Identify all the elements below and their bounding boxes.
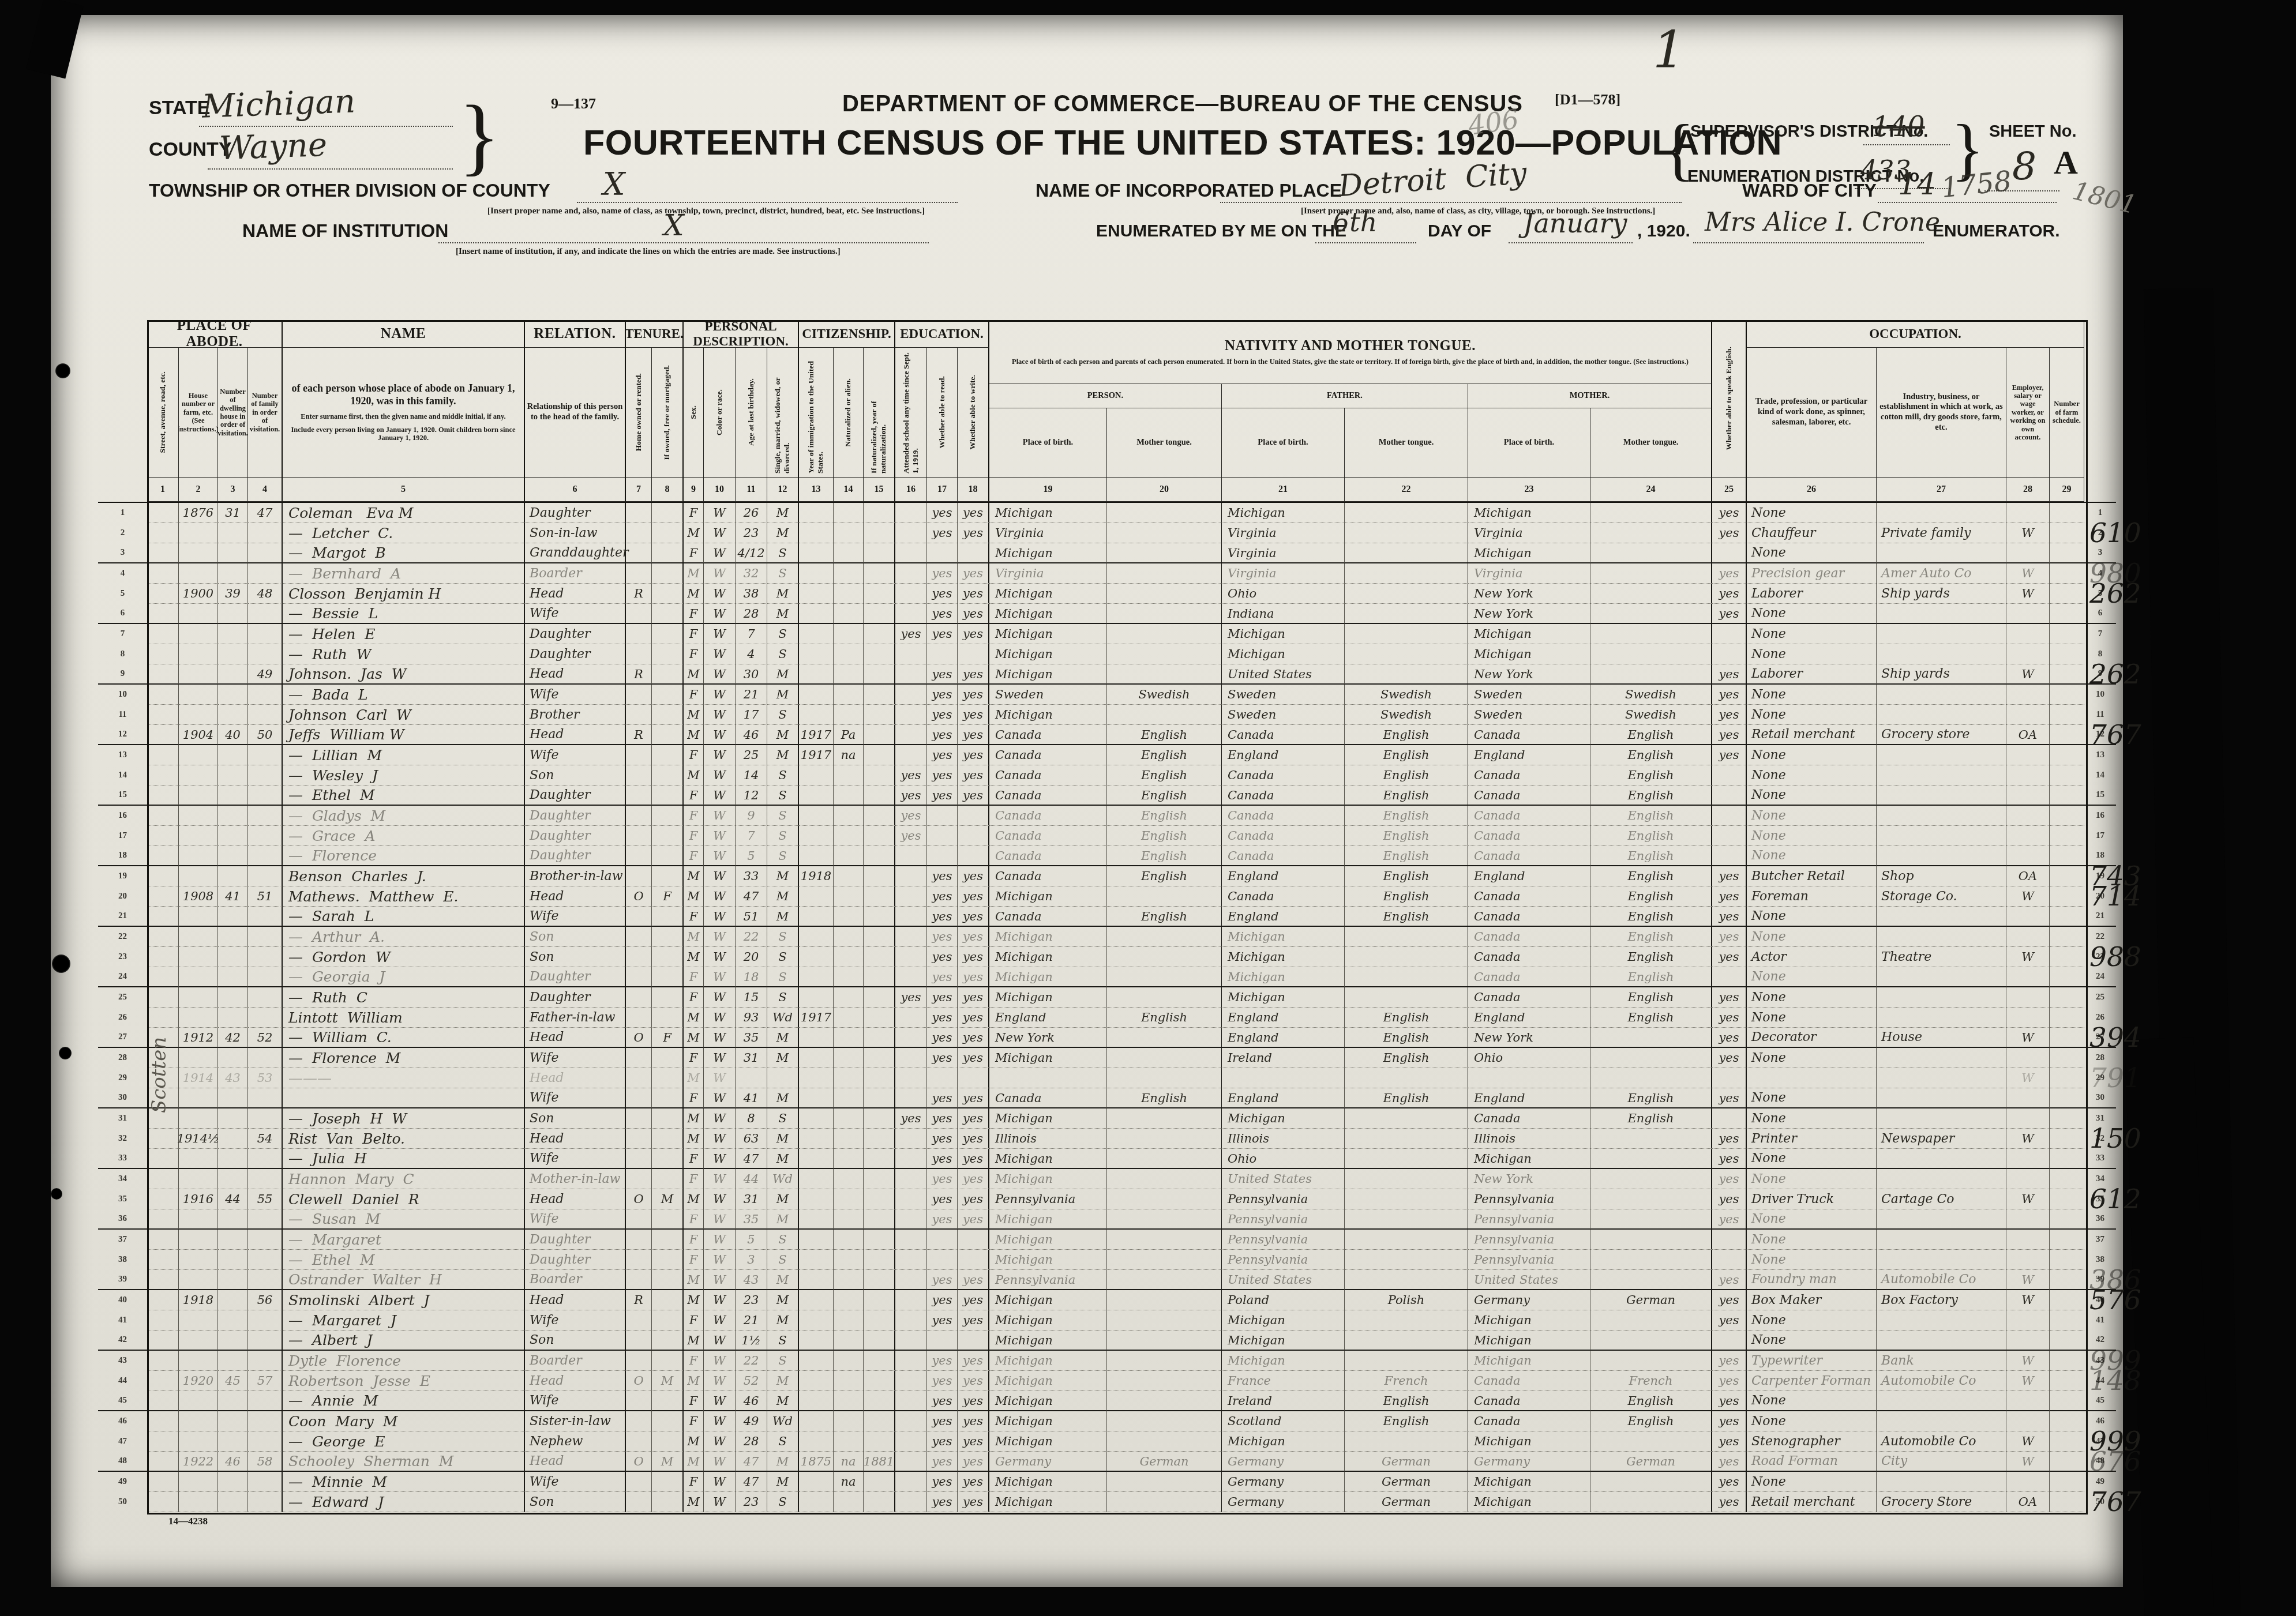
cell-house (179, 664, 218, 685)
cell-own (626, 1492, 652, 1512)
cell-nat (834, 806, 864, 826)
cell-mar: M (767, 907, 799, 927)
cell-name: — Bessie L (283, 604, 525, 624)
cell-name: — Margaret (283, 1230, 525, 1250)
cell-mmt: English (1590, 1411, 1712, 1431)
cell-read: yes (927, 786, 958, 806)
cell-sex: M (684, 664, 704, 685)
cell-mmt: English (1590, 967, 1712, 987)
cell-age: 47 (736, 1452, 767, 1472)
cell-sex: M (684, 1371, 704, 1391)
cell-ln: 12 (98, 725, 147, 745)
col28-header: Employer, salary or wage worker, or work… (2006, 348, 2050, 478)
table-row: 8— Ruth WDaughterFW4SMichiganMichiganMic… (98, 644, 2116, 664)
cell-st (147, 1351, 179, 1371)
cell-fmt (1345, 563, 1468, 584)
cell-mpb: Michigan (1468, 624, 1590, 644)
table-row: 2019084151Mathews. Matthew E.HeadOFMW47M… (98, 886, 2116, 907)
cell-ind (1877, 987, 2006, 1008)
cell-rel: Head (525, 1028, 626, 1048)
cell-age: 5 (736, 846, 767, 866)
cell-mt (1107, 1250, 1222, 1270)
cell-rn: 14 (2084, 765, 2116, 786)
cell-read: yes (927, 1310, 958, 1331)
cell-write: yes (958, 705, 989, 725)
cell-imm (799, 1108, 834, 1129)
cell-fam (248, 826, 283, 846)
supervisors-district-value: 140 (1872, 111, 1925, 143)
cell-mt (1107, 624, 1222, 644)
col15-header: If naturalized, year of naturalization. (864, 348, 895, 478)
cell-own: O (626, 1371, 652, 1391)
cell-eng (1712, 1230, 1747, 1250)
cell-mort: M (652, 1371, 684, 1391)
cell-mmt (1590, 503, 1712, 523)
cell-dw (218, 1008, 248, 1028)
cell-mar: S (767, 1230, 799, 1250)
cell-mt (1107, 1290, 1222, 1310)
cell-house (179, 523, 218, 543)
cell-fpb: Ohio (1222, 1149, 1345, 1169)
cell-mar: S (767, 826, 799, 846)
cell-imm: 1875 (799, 1452, 834, 1472)
cell-write: yes (958, 1452, 989, 1472)
cell-eng: yes (1712, 947, 1747, 967)
cell-pb: Michigan (989, 543, 1107, 563)
table-row: 49— Minnie MWifeFW47MnayesyesMichiganGer… (98, 1472, 2116, 1492)
cell-sch (895, 1411, 927, 1431)
cell-house (179, 786, 218, 806)
cell-dw (218, 786, 248, 806)
cell-mpb: Canada (1468, 886, 1590, 907)
cell-own (626, 987, 652, 1008)
cell-natyr (864, 1431, 895, 1452)
cell-mort (652, 1492, 684, 1512)
cell-rel: Head (525, 1189, 626, 1209)
cell-sex: F (684, 1472, 704, 1492)
cell-nat (834, 705, 864, 725)
cell-farm (2050, 886, 2084, 907)
cell-name: — Susan M (283, 1209, 525, 1230)
cell-fam (248, 1431, 283, 1452)
cell-st (147, 786, 179, 806)
cell-own (626, 967, 652, 987)
cell-natyr (864, 1088, 895, 1108)
col18-header: Whether able to write. (958, 348, 989, 478)
cell-fpb: Canada (1222, 806, 1345, 826)
cell-sex: M (684, 1452, 704, 1472)
table-row: 25— Ruth CDaughterFW15SyesyesyesMichigan… (98, 987, 2116, 1008)
cell-eng: yes (1712, 987, 1747, 1008)
cell-mar: S (767, 987, 799, 1008)
cell-rel: Wife (525, 745, 626, 765)
cell-race: W (704, 523, 736, 543)
cell-age: 23 (736, 1290, 767, 1310)
cell-mmt (1590, 1331, 1712, 1351)
cell-mpb: Michigan (1468, 503, 1590, 523)
colnum: 9 (684, 478, 704, 502)
cell-write: yes (958, 1008, 989, 1028)
group-tenure: TENURE. (626, 320, 684, 348)
cell-dw (218, 1088, 248, 1108)
cell-imm (799, 806, 834, 826)
cell-rel: Brother (525, 705, 626, 725)
cell-sex: F (684, 1230, 704, 1250)
cell-mort (652, 1391, 684, 1411)
cell-nat (834, 1028, 864, 1048)
cell-mar: M (767, 664, 799, 685)
cell-farm (2050, 1331, 2084, 1351)
cell-ln: 19 (98, 866, 147, 886)
cell-mpb: Pennsylvania (1468, 1209, 1590, 1230)
cell-farm (2050, 826, 2084, 846)
cell-mt (1107, 1431, 1222, 1452)
cell-sex: M (684, 1028, 704, 1048)
cell-st (147, 705, 179, 725)
cell-fpb: England (1222, 907, 1345, 927)
cell-mt (1107, 1310, 1222, 1331)
person-pob-header: Place of birth. (989, 408, 1107, 478)
cell-mmt: English (1590, 1108, 1712, 1129)
cell-sex: M (684, 523, 704, 543)
cell-house (179, 987, 218, 1008)
col11-header: Age at last birthday. (736, 348, 767, 478)
cell-rel: Head (525, 1068, 626, 1088)
cell-fpb: Canada (1222, 765, 1345, 786)
cell-fpb: Germany (1222, 1452, 1345, 1472)
cell-race: W (704, 1492, 736, 1512)
cell-name: Robertson Jesse E (283, 1371, 525, 1391)
cell-dw (218, 846, 248, 866)
cell-ind (1877, 604, 2006, 624)
cell-st (147, 1310, 179, 1331)
cell-own (626, 1411, 652, 1431)
cell-name: — Annie M (283, 1391, 525, 1411)
cell-pb: Michigan (989, 1250, 1107, 1270)
cell-natyr (864, 927, 895, 947)
cell-house (179, 745, 218, 765)
cell-fam (248, 1088, 283, 1108)
cell-rel: Father-in-law (525, 1008, 626, 1028)
cell-own (626, 786, 652, 806)
cell-nat (834, 1008, 864, 1028)
cell-mort (652, 745, 684, 765)
cell-race: W (704, 786, 736, 806)
cell-mmt: German (1590, 1290, 1712, 1310)
township-line (577, 202, 958, 203)
cell-fam (248, 1008, 283, 1028)
cell-eng (1712, 624, 1747, 644)
cell-natyr (864, 967, 895, 987)
cell-rel: Mother-in-law (525, 1169, 626, 1189)
table-row: 39Ostrander Walter HBoarderMW43MyesyesPe… (98, 1270, 2116, 1290)
cell-ind: Cartage Co (1877, 1189, 2006, 1209)
cell-imm (799, 1391, 834, 1411)
cell-eng: yes (1712, 523, 1747, 543)
cell-write: yes (958, 967, 989, 987)
cell-mort (652, 664, 684, 685)
cell-own: O (626, 1028, 652, 1048)
street-name-vertical: Scotten (148, 877, 178, 1113)
table-row: 41— Margaret JWifeFW21MyesyesMichiganMic… (98, 1310, 2116, 1331)
township-value: X (603, 166, 625, 202)
cell-ln: 36 (98, 1209, 147, 1230)
cell-rel: Son (525, 1331, 626, 1351)
cell-occ: Chauffeur (1747, 523, 1877, 543)
cell-imm (799, 765, 834, 786)
cell-occ: None (1747, 806, 1877, 826)
cell-pb: Germany (989, 1452, 1107, 1472)
cell-imm (799, 846, 834, 866)
cell-mar: M (767, 725, 799, 745)
cell-dw (218, 806, 248, 826)
cell-rel: Boarder (525, 1270, 626, 1290)
cell-natyr (864, 1472, 895, 1492)
cell-farm (2050, 664, 2084, 685)
cell-pb (989, 1068, 1107, 1088)
cell-fmt: English (1345, 907, 1468, 927)
cell-own (626, 907, 652, 927)
cell-mpb: Pennsylvania (1468, 1189, 1590, 1209)
cell-ind (1877, 624, 2006, 644)
table-row: 28— Florence MWifeFW31MyesyesMichiganIre… (98, 1048, 2116, 1068)
cell-name: — Julia H (283, 1149, 525, 1169)
cell-dw (218, 664, 248, 685)
cell-occ: None (1747, 1048, 1877, 1068)
cell-race: W (704, 846, 736, 866)
cell-fam: 51 (248, 886, 283, 907)
cell-fpb: Canada (1222, 786, 1345, 806)
cell-mmt: English (1590, 846, 1712, 866)
cell-sch (895, 1270, 927, 1290)
cell-age: 93 (736, 1008, 767, 1028)
cell-dw: 31 (218, 503, 248, 523)
cell-sex: F (684, 1351, 704, 1371)
cell-mmt: English (1590, 927, 1712, 947)
cell-dw: 46 (218, 1452, 248, 1472)
cell-age: 41 (736, 1088, 767, 1108)
cell-fam (248, 1048, 283, 1068)
cell-mt: English (1107, 1088, 1222, 1108)
cell-sch (895, 1129, 927, 1149)
cell-sch (895, 886, 927, 907)
colnum: 2 (179, 478, 218, 502)
cell-fam (248, 947, 283, 967)
table-row: 949Johnson. Jas WHeadRMW30MyesyesMichiga… (98, 664, 2116, 685)
cell-nat (834, 1250, 864, 1270)
cell-house (179, 1230, 218, 1250)
table-row: 2919144353———HeadMWW29791 (98, 1068, 2116, 1088)
col9-header: Sex. (684, 348, 704, 478)
cell-ind: Storage Co. (1877, 886, 2006, 907)
cell-sch (895, 1008, 927, 1028)
cell-fmt (1345, 947, 1468, 967)
cell-natyr (864, 786, 895, 806)
cell-sch (895, 1290, 927, 1310)
col25-header: Whether able to speak English. (1712, 320, 1747, 478)
cell-house (179, 806, 218, 826)
cell-mort (652, 543, 684, 563)
table-row: 37— MargaretDaughterFW5SMichiganPennsylv… (98, 1230, 2116, 1250)
cell-nat (834, 927, 864, 947)
cell-nat (834, 1492, 864, 1512)
cell-mpb: New York (1468, 584, 1590, 604)
cell-occ: Typewriter (1747, 1351, 1877, 1371)
cell-eng: yes (1712, 1129, 1747, 1149)
cell-farm (2050, 543, 2084, 563)
cell-fpb: England (1222, 1028, 1345, 1048)
cell-house: 1900 (179, 584, 218, 604)
cell-mmt (1590, 1028, 1712, 1048)
cell-farm (2050, 1048, 2084, 1068)
cell-age: 33 (736, 866, 767, 886)
cell-mort (652, 1290, 684, 1310)
cell-age: 3 (736, 1250, 767, 1270)
cell-dw (218, 1250, 248, 1270)
cell-dw (218, 967, 248, 987)
cell-mt (1107, 1209, 1222, 1230)
cell-sch (895, 1169, 927, 1189)
cell-fpb: Ireland (1222, 1048, 1345, 1068)
cell-fpb: Virginia (1222, 523, 1345, 543)
cell-st (147, 1492, 179, 1512)
cell-sex: F (684, 1391, 704, 1411)
scan-blemish (52, 954, 70, 973)
cell-mmt: English (1590, 786, 1712, 806)
margin-code: 610 (2089, 517, 2141, 549)
cell-fam (248, 1149, 283, 1169)
cell-name: — Joseph H W (283, 1108, 525, 1129)
cell-own (626, 523, 652, 543)
cell-st (147, 644, 179, 664)
cell-natyr (864, 685, 895, 705)
cell-sex: F (684, 1149, 704, 1169)
cell-read (927, 1250, 958, 1270)
cell-pb: Canada (989, 1088, 1107, 1108)
cell-natyr (864, 1290, 895, 1310)
cell-fpb: Canada (1222, 725, 1345, 745)
cell-pb: Illinois (989, 1129, 1107, 1149)
cell-read: yes (927, 1008, 958, 1028)
cell-mort (652, 644, 684, 664)
cell-ind: Automobile Co (1877, 1371, 2006, 1391)
cell-mt (1107, 1391, 1222, 1411)
cell-mpb: Canada (1468, 725, 1590, 745)
day-line (1315, 242, 1416, 243)
cell-race: W (704, 725, 736, 745)
cell-rel: Brother-in-law (525, 866, 626, 886)
cell-mar: M (767, 584, 799, 604)
cell-occ: Foundry man (1747, 1270, 1877, 1290)
cell-house (179, 866, 218, 886)
cell-farm (2050, 1068, 2084, 1088)
cell-fmt: English (1345, 1008, 1468, 1028)
cell-eng: yes (1712, 907, 1747, 927)
cell-own (626, 563, 652, 584)
table-row: 18— FlorenceDaughterFW5SCanadaEnglishCan… (98, 846, 2116, 866)
cell-age: 28 (736, 604, 767, 624)
cell-fpb: Illinois (1222, 1129, 1345, 1149)
cell-fmt (1345, 624, 1468, 644)
cell-age: 7 (736, 826, 767, 846)
cell-dw (218, 604, 248, 624)
cell-name: — Bernhard A (283, 563, 525, 584)
cell-ln: 4 (98, 563, 147, 584)
cell-fmt (1345, 1068, 1468, 1088)
cell-pb: Michigan (989, 1472, 1107, 1492)
cell-farm (2050, 1028, 2084, 1048)
cell-house (179, 1149, 218, 1169)
cell-rel: Daughter (525, 806, 626, 826)
cell-mpb: Canada (1468, 947, 1590, 967)
cell-ln: 49 (98, 1472, 147, 1492)
cell-imm (799, 1169, 834, 1189)
cell-own: O (626, 886, 652, 907)
cell-age: 47 (736, 1149, 767, 1169)
cell-st (147, 1452, 179, 1472)
cell-fpb: Canada (1222, 826, 1345, 846)
margin-code: 676 (2089, 1446, 2141, 1478)
cell-mpb: Virginia (1468, 523, 1590, 543)
cell-read: yes (927, 1129, 958, 1149)
cell-mar: S (767, 1492, 799, 1512)
brace-right: } (459, 87, 500, 186)
cell-house (179, 1169, 218, 1189)
cell-pb: Canada (989, 745, 1107, 765)
cell-own: R (626, 584, 652, 604)
cell-race: W (704, 604, 736, 624)
cell-own (626, 826, 652, 846)
cell-fam: 50 (248, 725, 283, 745)
cell-own (626, 503, 652, 523)
cell-mpb: Ohio (1468, 1048, 1590, 1068)
colnum: 3 (218, 478, 248, 502)
cell-house (179, 826, 218, 846)
cell-pb: Michigan (989, 705, 1107, 725)
cell-eng: yes (1712, 886, 1747, 907)
cell-mt (1107, 1068, 1222, 1088)
cell-mpb: New York (1468, 1169, 1590, 1189)
cell-own (626, 927, 652, 947)
cell-natyr (864, 765, 895, 786)
cell-imm (799, 584, 834, 604)
cell-pb: Pennsylvania (989, 1270, 1107, 1290)
cell-race: W (704, 1088, 736, 1108)
cell-write: yes (958, 725, 989, 745)
cell-sch: yes (895, 765, 927, 786)
cell-fam (248, 1391, 283, 1411)
cell-name: ——— (283, 1068, 525, 1088)
colnum: 18 (958, 478, 989, 502)
cell-mar: S (767, 765, 799, 786)
cell-occ: None (1747, 624, 1877, 644)
cell-cls: W (2006, 886, 2050, 907)
cell-house (179, 1270, 218, 1290)
cell-house (179, 685, 218, 705)
cell-sex: F (684, 1209, 704, 1230)
cell-fmt: English (1345, 765, 1468, 786)
cell-natyr (864, 543, 895, 563)
cell-fmt (1345, 927, 1468, 947)
cell-rel: Wife (525, 907, 626, 927)
cell-eng: yes (1712, 1209, 1747, 1230)
cell-sex: F (684, 745, 704, 765)
table-row: 46Coon Mary MSister-in-lawFW49WdyesyesMi… (98, 1411, 2116, 1431)
cell-sch (895, 1149, 927, 1169)
cell-ind: Shop (1877, 866, 2006, 886)
cell-sch (895, 967, 927, 987)
cell-house (179, 705, 218, 725)
